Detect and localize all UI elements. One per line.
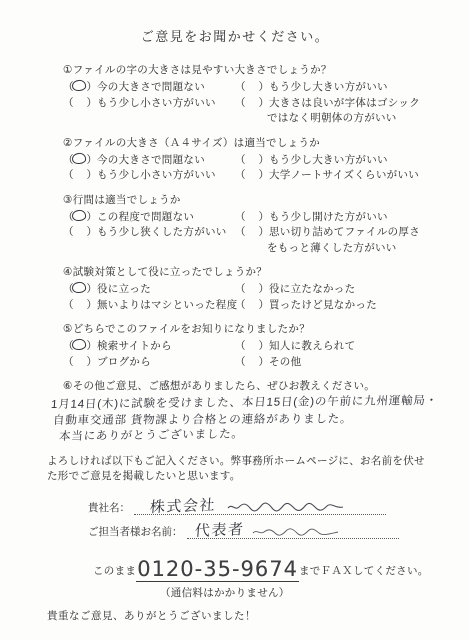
answer-slot — [74, 168, 87, 178]
answer-slot — [74, 153, 87, 163]
paren-close: ） — [87, 283, 98, 295]
questions-section: ①ファイルの字の大きさは見やすい大きさでしょうか？ （）今の大きさで問題ない （… — [63, 63, 470, 445]
paren-close: ） — [87, 356, 98, 368]
paren-close: ） — [259, 169, 270, 181]
paren-close: ） — [87, 169, 98, 181]
paren-close: ） — [259, 211, 270, 223]
contact-person-label: ご担当者様お名前： — [88, 525, 183, 539]
option-label-continuation: ではなく明朝体の方がいい — [267, 111, 470, 127]
answer-slot — [74, 298, 87, 308]
option-label: もう少し開けた方がいい — [269, 211, 388, 223]
paren-open: （ — [63, 299, 74, 311]
option-label: もう少し小さい方がいい — [97, 97, 216, 109]
question-2: ②ファイルの大きさ（Ａ４サイズ）は適当でしょうか （）今の大きさで問題ない （）… — [63, 136, 470, 184]
paren-open: （ — [235, 154, 246, 166]
answer-slot — [246, 96, 259, 106]
option-label: 無いよりはマシといった程度 — [97, 299, 237, 311]
company-name-handwritten-value: 株式会社 — [149, 494, 217, 517]
option: （）もう少し大きい方がいい — [235, 80, 470, 96]
question-heading: ①ファイルの字の大きさは見やすい大きさでしょうか？ — [63, 63, 470, 78]
answer-slot — [246, 355, 259, 365]
paren-close: ） — [259, 226, 270, 238]
option: （）この程度で問題ない — [63, 210, 235, 226]
answer-slot — [246, 225, 259, 235]
paren-open: （ — [235, 81, 246, 93]
contact-person-handwritten-value: 代表者 — [194, 518, 245, 541]
fax-suffix-text: までＦＡＸしてください。 — [299, 565, 429, 577]
option-label: その他 — [269, 356, 301, 368]
fax-toll-free-note: （通信料はかかりません） — [160, 585, 470, 600]
paren-close: ） — [87, 211, 98, 223]
option: （）もう少し小さい方がいい — [63, 96, 235, 112]
option: （）役に立たなかった — [235, 282, 470, 298]
paren-open: （ — [235, 299, 246, 311]
paren-close: ） — [87, 97, 98, 109]
option: （）その他 — [235, 355, 470, 371]
answer-slot — [246, 153, 259, 163]
option-label: 役に立った — [97, 283, 151, 295]
paren-close: ） — [259, 356, 270, 368]
option: （）無いよりはマシといった程度 — [63, 298, 235, 314]
paren-open: （ — [235, 283, 246, 295]
option-label: 役に立たなかった — [269, 283, 355, 295]
answer-slot — [246, 210, 259, 220]
redaction-scribble — [251, 527, 341, 537]
option: （）もう少し開けた方がいい — [235, 210, 470, 226]
paren-open: （ — [63, 226, 74, 238]
question-heading: ②ファイルの大きさ（Ａ４サイズ）は適当でしょうか — [63, 136, 470, 151]
answer-slot — [74, 355, 87, 365]
option: （）検索サイトから — [63, 339, 235, 355]
paren-open: （ — [235, 356, 246, 368]
question-heading: ⑤どちらでこのファイルをお知りになりましたか？ — [63, 322, 470, 337]
contact-person-field: ご担当者様お名前： 代表者 — [88, 522, 470, 539]
option: （）思い切り詰めてファイルの厚さ — [235, 225, 470, 241]
answer-slot — [246, 80, 259, 90]
option-label: 大きさは良いが字体はゴシック — [269, 97, 420, 109]
paren-close: ） — [259, 154, 270, 166]
answer-slot — [74, 96, 87, 106]
question-3: ③行間は適当でしょうか （）この程度で問題ない （）もう少し開けた方がいい （）… — [63, 193, 470, 257]
option-label: 検索サイトから — [97, 340, 172, 352]
thank-you-footer: 貴重なご意見、ありがとうございました！ — [47, 608, 470, 623]
publish-note-line: た形でご意見を掲載したいと思います。 — [47, 469, 470, 484]
option: （）大学ノートサイズくらいがいい — [235, 168, 470, 184]
answer-slot — [246, 339, 259, 349]
question-1: ①ファイルの字の大きさは見やすい大きさでしょうか？ （）今の大きさで問題ない （… — [63, 63, 470, 127]
answer-slot — [246, 282, 259, 292]
question-6: ⑥その他ご意見、ご感想がありましたら、ぜひお教えください。 1月14日(木)に試… — [63, 379, 470, 445]
option: （）ブログから — [63, 355, 235, 371]
paren-open: （ — [63, 356, 74, 368]
paren-open: （ — [63, 97, 74, 109]
paren-close: ） — [259, 81, 270, 93]
publish-note-line: よろしければ以下もご記入ください。弊事務所ホームページに、お名前を伏せ — [47, 454, 470, 469]
paren-open: （ — [235, 169, 246, 181]
paren-close: ） — [87, 299, 98, 311]
option-label: もう少し狭くした方がいい — [97, 226, 227, 238]
option: （）もう少し狭くした方がいい — [63, 225, 235, 241]
option: （）役に立った — [63, 282, 235, 298]
question-heading: ④試験対策として役に立ったでしょうか？ — [63, 265, 470, 280]
paren-close: ） — [259, 97, 270, 109]
contact-fields: 貴社名： 株式会社 ご担当者様お名前： 代表者 — [88, 498, 470, 539]
fax-number: 0120-35-9674 — [136, 557, 299, 582]
paren-open: （ — [235, 226, 246, 238]
option-label: ブログから — [97, 356, 151, 368]
answer-slot — [246, 168, 259, 178]
paren-open: （ — [63, 169, 74, 181]
option: （）今の大きさで問題ない — [63, 80, 235, 96]
option-label: もう少し大きい方がいい — [269, 154, 388, 166]
paren-open: （ — [235, 97, 246, 109]
paren-close: ） — [87, 154, 98, 166]
question-4: ④試験対策として役に立ったでしょうか？ （）役に立った （）役に立たなかった （… — [63, 265, 470, 313]
paren-close: ） — [87, 340, 98, 352]
questionnaire-page: ご意見をお聞かせください。 ①ファイルの字の大きさは見やすい大きさでしょうか？ … — [0, 0, 470, 640]
option: （）知人に教えられて — [235, 339, 470, 355]
paren-open: （ — [235, 340, 246, 352]
option: （）大きさは良いが字体はゴシック — [235, 96, 470, 112]
answer-slot — [74, 339, 87, 349]
option-label: 知人に教えられて — [269, 340, 355, 352]
option: （）もう少し小さい方がいい — [63, 168, 235, 184]
option: （）買ったけど見なかった — [235, 298, 470, 314]
fax-instruction: このまま0120-35-9674までＦＡＸしてください。 — [93, 557, 470, 581]
option-label: もう少し小さい方がいい — [97, 169, 216, 181]
option-label: 思い切り詰めてファイルの厚さ — [269, 226, 420, 238]
answer-slot — [74, 210, 87, 220]
option-label: もう少し大きい方がいい — [269, 81, 388, 93]
handwritten-line: 1月14日(木)に試験を受けました、本日15日(金)の午前に九州運輸局・ — [50, 393, 470, 413]
company-name-line: 株式会社 — [134, 498, 386, 515]
option-label: 大学ノートサイズくらいがいい — [269, 169, 419, 181]
paren-close: ） — [259, 299, 270, 311]
option-label-continuation: をもっと薄くした方がいい — [267, 241, 470, 257]
company-name-label: 貴社名： — [88, 501, 130, 515]
handwritten-circle-mark — [71, 338, 86, 350]
option: （）今の大きさで問題ない — [63, 153, 235, 169]
option-label: 今の大きさで問題ない — [97, 154, 205, 166]
option: （）もう少し大きい方がいい — [235, 153, 470, 169]
paren-close: ） — [259, 283, 270, 295]
handwritten-circle-mark — [71, 281, 86, 293]
paren-close: ） — [87, 81, 98, 93]
handwritten-comment: 1月14日(木)に試験を受けました、本日15日(金)の午前に九州運輸局・ 自動車… — [51, 397, 470, 445]
option-label: 買ったけど見なかった — [269, 299, 377, 311]
company-name-field: 貴社名： 株式会社 — [88, 498, 470, 515]
redaction-scribble — [226, 501, 346, 513]
handwritten-circle-mark — [71, 79, 86, 91]
answer-slot — [74, 225, 87, 235]
publish-note: よろしければ以下もご記入ください。弊事務所ホームページに、お名前を伏せ た形でご… — [47, 454, 470, 484]
answer-slot — [74, 282, 87, 292]
page-title: ご意見をお聞かせください。 — [0, 26, 470, 45]
question-heading: ③行間は適当でしょうか — [63, 193, 470, 208]
answer-slot — [74, 80, 87, 90]
contact-person-line: 代表者 — [187, 522, 399, 539]
answer-slot — [246, 298, 259, 308]
option-label: この程度で問題ない — [97, 211, 194, 223]
handwritten-circle-mark — [71, 209, 86, 221]
paren-close: ） — [87, 226, 98, 238]
paren-close: ） — [259, 340, 270, 352]
option-label: 今の大きさで問題ない — [97, 81, 205, 93]
handwritten-circle-mark — [71, 152, 86, 164]
question-5: ⑤どちらでこのファイルをお知りになりましたか？ （）検索サイトから （）知人に教… — [63, 322, 470, 370]
paren-open: （ — [235, 211, 246, 223]
fax-prefix-text: このまま — [93, 565, 136, 577]
question-heading: ⑥その他ご意見、ご感想がありましたら、ぜひお教えください。 — [63, 379, 470, 394]
